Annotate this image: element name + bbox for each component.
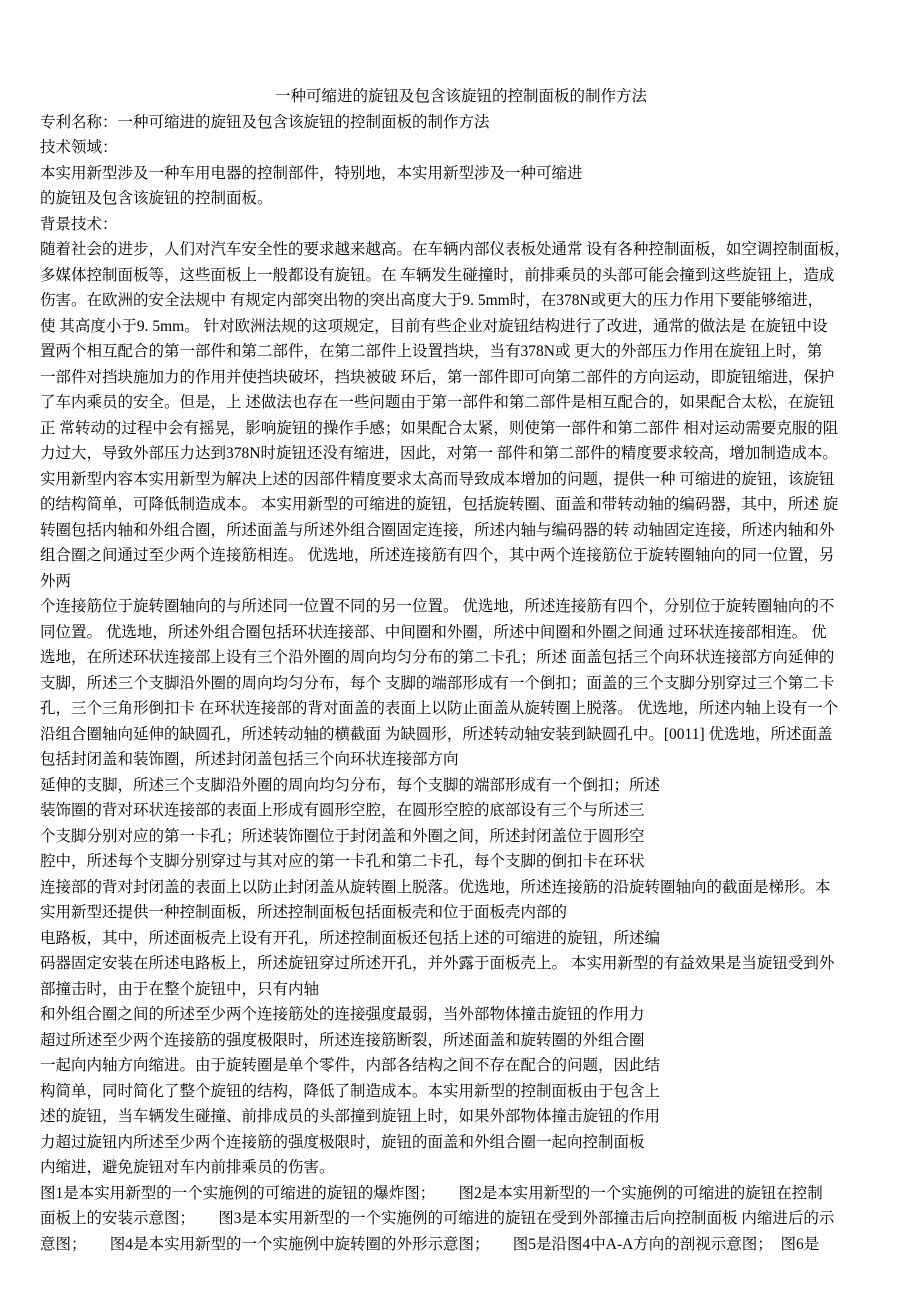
text-line: 包括封闭盖和装饰圈，所述封闭盖包括三个向环状连接部方向 bbox=[40, 747, 882, 773]
text-line: 随着社会的进步，人们对汽车安全性的要求越来越高。在车辆内部仪表板处通常 设有各种… bbox=[40, 237, 882, 263]
text-line: 技术领域： bbox=[40, 135, 882, 161]
text-line: 码器固定安装在所述电路板上，所述旋钮穿过所述开孔，并外露于面板壳上。 本实用新型… bbox=[40, 951, 882, 977]
text-line: 电路板，其中，所述面板壳上设有开孔，所述控制面板还包括上述的可缩进的旋钮，所述编 bbox=[40, 926, 882, 952]
text-line: 意图； 图4是本实用新型的一个实施例中旋转圈的外形示意图； 图5是沿图4中A-A… bbox=[40, 1232, 882, 1258]
text-line: 置两个相互配合的第一部件和第二部件，在第二部件上设置挡块，当有378N或 更大的… bbox=[40, 339, 882, 365]
text-line: 伤害。在欧洲的安全法规中 有规定内部突出物的突出高度大于9. 5mm时，在378… bbox=[40, 288, 882, 314]
text-line: 选地，在所述环状连接部上设有三个沿外圈的周向均匀分布的第二卡孔；所述 面盖包括三… bbox=[40, 645, 882, 671]
text-line: 力超过旋钮内所述至少两个连接筋的强度极限时，旋钮的面盖和外组合圈一起向控制面板 bbox=[40, 1130, 882, 1156]
text-line: 述的旋钮，当车辆发生碰撞、前排成员的头部撞到旋钮上时，如果外部物体撞击旋钮的作用 bbox=[40, 1104, 882, 1130]
document-title: 一种可缩进的旋钮及包含该旋钮的控制面板的制作方法 bbox=[40, 84, 882, 110]
text-line: 的结构简单，可降低制造成本。 本实用新型的可缩进的旋钮，包括旋转圈、面盖和带转动… bbox=[40, 492, 882, 518]
text-line: 力过大，导致外部压力达到378N时旋钮还没有缩进，因此，对第一 部件和第二部件的… bbox=[40, 441, 882, 467]
text-line: 组合圈之间通过至少两个连接筋相连。 优选地，所述连接筋有四个，其中两个连接筋位于… bbox=[40, 543, 882, 569]
text-line: 部撞击时，由于在整个旋钮中，只有内轴 bbox=[40, 977, 882, 1003]
text-line: 图1是本实用新型的一个实施例的可缩进的旋钮的爆炸图； 图2是本实用新型的一个实施… bbox=[40, 1181, 882, 1207]
patent-document-page: 一种可缩进的旋钮及包含该旋钮的控制面板的制作方法 专利名称：一种可缩进的旋钮及包… bbox=[0, 0, 920, 1302]
text-line: 转圈包括内轴和外组合圈，所述面盖与所述外组合圈固定连接，所述内轴与编码器的转 动… bbox=[40, 518, 882, 544]
text-line: 了车内乘员的安全。但是，上 述做法也存在一些问题由于第一部件和第二部件是相互配合… bbox=[40, 390, 882, 416]
text-line: 构简单，同时简化了整个旋钮的结构，降低了制造成本。本实用新型的控制面板由于包含上 bbox=[40, 1079, 882, 1105]
text-line: 沿组合圈轴向延伸的缺圆孔，所述转动轴的横截面 为缺圆形，所述转动轴安装到缺圆孔中… bbox=[40, 722, 882, 748]
text-line: 连接部的背对封闭盖的表面上以防止封闭盖从旋转圈上脱落。优选地，所述连接筋的沿旋转… bbox=[40, 875, 882, 901]
text-line: 个连接筋位于旋转圈轴向的与所述同一位置不同的另一位置。 优选地，所述连接筋有四个… bbox=[40, 594, 882, 620]
text-line: 面板上的安装示意图； 图3是本实用新型的一个实施例的可缩进的旋钮在受到外部撞击后… bbox=[40, 1206, 882, 1232]
text-line: 正 常转动的过程中会有摇晃，影响旋钮的操作手感；如果配合太紧，则使第一部件和第二… bbox=[40, 416, 882, 442]
text-line: 本实用新型涉及一种车用电器的控制部件，特别地，本实用新型涉及一种可缩进 bbox=[40, 161, 882, 187]
text-line: 腔中，所述每个支脚分别穿过与其对应的第一卡孔和第二卡孔，每个支脚的倒扣卡在环状 bbox=[40, 849, 882, 875]
text-line: 外两 bbox=[40, 569, 882, 595]
text-line: 和外组合圈之间的所述至少两个连接筋处的连接强度最弱，当外部物体撞击旋钮的作用力 bbox=[40, 1002, 882, 1028]
text-line: 背景技术： bbox=[40, 212, 882, 238]
text-line: 内缩进，避免旋钮对车内前排乘员的伤害。 bbox=[40, 1155, 882, 1181]
text-line: 一起向内轴方向缩进。由于旋转圈是单个零件，内部各结构之间不存在配合的问题，因此结 bbox=[40, 1053, 882, 1079]
text-line: 实用新型还提供一种控制面板，所述控制面板包括面板壳和位于面板壳内部的 bbox=[40, 900, 882, 926]
text-line: 同位置。 优选地，所述外组合圈包括环状连接部、中间圈和外圈，所述中间圈和外圈之间… bbox=[40, 620, 882, 646]
document-body: 专利名称：一种可缩进的旋钮及包含该旋钮的控制面板的制作方法技术领域：本实用新型涉… bbox=[40, 110, 882, 1258]
text-line: 个支脚分别对应的第一卡孔；所述装饰圈位于封闭盖和外圈之间，所述封闭盖位于圆形空 bbox=[40, 824, 882, 850]
text-line: 的旋钮及包含该旋钮的控制面板。 bbox=[40, 186, 882, 212]
text-line: 延伸的支脚，所述三个支脚沿外圈的周向均匀分布，每个支脚的端部形成有一个倒扣；所述 bbox=[40, 773, 882, 799]
text-line: 使 其高度小于9. 5mm。 针对欧洲法规的这项规定，目前有些企业对旋钮结构进行… bbox=[40, 314, 882, 340]
text-line: 实用新型内容本实用新型为解决上述的因部件精度要求太高而导致成本增加的问题，提供一… bbox=[40, 467, 882, 493]
text-line: 孔，三个三角形倒扣卡 在环状连接部的背对面盖的表面上以防止面盖从旋转圈上脱落。 … bbox=[40, 696, 882, 722]
text-line: 装饰圈的背对环状连接部的表面上形成有圆形空腔，在圆形空腔的底部设有三个与所述三 bbox=[40, 798, 882, 824]
text-line: 专利名称：一种可缩进的旋钮及包含该旋钮的控制面板的制作方法 bbox=[40, 110, 882, 136]
text-line: 多媒体控制面板等，这些面板上一般都设有旋钮。在 车辆发生碰撞时，前排乘员的头部可… bbox=[40, 263, 882, 289]
text-line: 超过所述至少两个连接筋的强度极限时，所述连接筋断裂，所述面盖和旋转圈的外组合圈 bbox=[40, 1028, 882, 1054]
text-line: 支脚，所述三个支脚沿外圈的周向均匀分布，每个 支脚的端部形成有一个倒扣；面盖的三… bbox=[40, 671, 882, 697]
text-line: 一部件对挡块施加力的作用并使挡块破坏，挡块被破 环后，第一部件即可向第二部件的方… bbox=[40, 365, 882, 391]
